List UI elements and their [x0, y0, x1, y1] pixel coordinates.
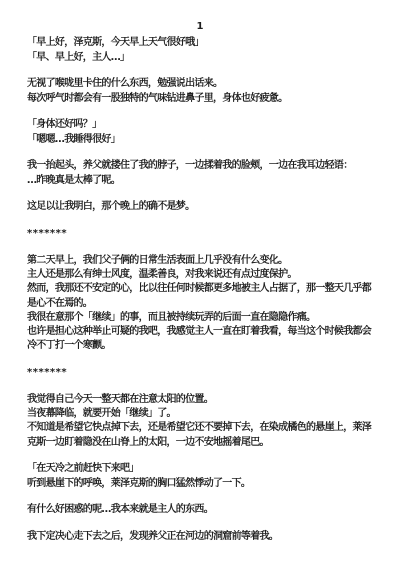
- text-line: 当夜幕降临，就要开始「继续」了。: [27, 407, 373, 421]
- paragraph-gap: [27, 65, 373, 77]
- text-line: 「身体还好吗？」: [27, 118, 373, 132]
- text-line: 「嗯嗯…我睡得很好」: [27, 133, 373, 147]
- paragraph-gap: [27, 215, 373, 227]
- text-line: 克斯一边盯着隐没在山脊上的太阳，一边不安地摇着尾巴。: [27, 436, 373, 450]
- text-line: 听到悬崖下的呼唤，莱泽克斯的胸口猛然悸动了一下。: [27, 477, 373, 491]
- text-line: 「早、早上好，主人…」: [27, 51, 373, 65]
- text-line: 然而，我那还不安定的心，比以往任何时候都更多地被主人占据了，那一整天几乎都: [27, 282, 373, 296]
- text-line: 我下定决心走下去之后，发现养父正在河边的洞窟前等着我。: [27, 530, 373, 544]
- text-line: 主人还是那么有绅士风度，温柔善良，对我来说还有点过度保护。: [27, 268, 373, 282]
- paragraph-gap: [27, 241, 373, 253]
- text-line: 第二天早上，我们父子俩的日常生活表面上几乎没有什么变化。: [27, 254, 373, 268]
- page-number: 1: [27, 20, 373, 34]
- text-line: 有什么好困惑的呢…我本来就是主人的东西。: [27, 503, 373, 517]
- text-line: 是心不在焉的。: [27, 297, 373, 311]
- text-line: 也许是担心这种举止可疑的我吧，我感觉主人一直在盯着我看，每当这个时候我都会: [27, 325, 373, 339]
- text-line: 我觉得自己今天一整天都在注意太阳的位置。: [27, 393, 373, 407]
- document-page: 1 「早上好，泽克斯，今天早上天气很好哦」「早、早上好，主人…」无视了喉咙里卡住…: [0, 0, 400, 565]
- paragraph-gap: [27, 450, 373, 462]
- text-line: 每次呼气时都会有一股独特的气味钻进鼻子里，身体也好疲惫。: [27, 92, 373, 106]
- paragraph-gap: [27, 518, 373, 530]
- text-line: 这足以让我明白，那个晚上的确不是梦。: [27, 200, 373, 214]
- paragraph-gap: [27, 380, 373, 392]
- text-line: 不知道是希望它快点掉下去，还是希望它还不要掉下去，在染成橘色的悬崖上，莱泽: [27, 421, 373, 435]
- text-line: 冷不丁打一个寒颤。: [27, 339, 373, 353]
- text-line: 「早上好，泽克斯，今天早上天气很好哦」: [27, 36, 373, 50]
- paragraph-gap: [27, 354, 373, 366]
- section-separator: *******: [27, 366, 373, 380]
- text-line: 我一抬起头，养父就搂住了我的脖子，一边揉着我的脸颊，一边在我耳边轻语：: [27, 159, 373, 173]
- page-content: 「早上好，泽克斯，今天早上天气很好哦」「早、早上好，主人…」无视了喉咙里卡住的什…: [27, 36, 373, 544]
- text-line: 我很在意那个「继续」的事，而且被持续玩弄的后面一直在隐隐作痛。: [27, 311, 373, 325]
- paragraph-gap: [27, 188, 373, 200]
- paragraph-gap: [27, 491, 373, 503]
- text-line: 无视了喉咙里卡住的什么东西，勉强说出话来。: [27, 77, 373, 91]
- section-separator: *******: [27, 227, 373, 241]
- text-line: 「在天冷之前赶快下来吧」: [27, 462, 373, 476]
- paragraph-gap: [27, 147, 373, 159]
- text-line: …昨晚真是太棒了呢。: [27, 174, 373, 188]
- paragraph-gap: [27, 106, 373, 118]
